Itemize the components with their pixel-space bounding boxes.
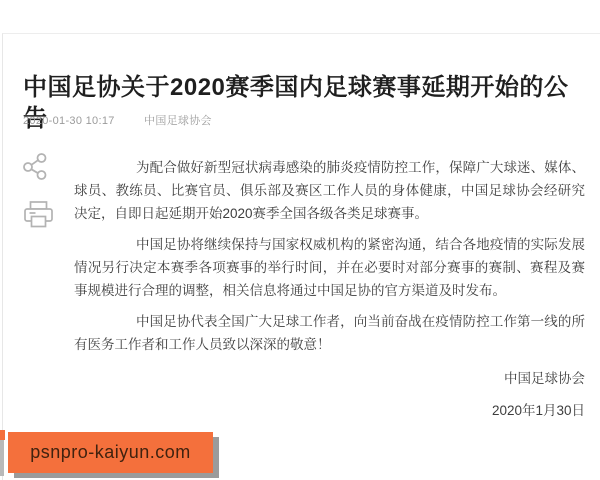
share-icon [22, 152, 48, 181]
article-paragraph: 为配合做好新型冠状病毒感染的肺炎疫情防控工作，保障广大球迷、媒体、球员、教练员、… [74, 156, 585, 225]
watermark-banner: psnpro-kaiyun.com [8, 432, 213, 473]
article-meta: 2020-01-30 10:17 中国足球协会 [23, 112, 583, 128]
print-button[interactable] [22, 199, 55, 233]
article-paragraph: 中国足协将继续保持与国家权威机构的紧密沟通，结合各地疫情的实际发展情况另行决定本… [74, 233, 585, 302]
watermark-edge-shadow [0, 440, 4, 476]
signature-org: 中国足球协会 [74, 367, 585, 390]
share-button[interactable] [22, 152, 48, 181]
article-source: 中国足球协会 [144, 115, 212, 127]
article-paragraph: 中国足协代表全国广大足球工作者，向当前奋战在疫情防控工作第一线的所有医务工作者和… [74, 310, 585, 356]
article-toolbar [22, 152, 58, 233]
watermark-text: psnpro-kaiyun.com [30, 442, 191, 463]
printer-icon [22, 199, 55, 233]
publish-timestamp: 2020-01-30 10:17 [23, 115, 115, 127]
signature-date: 2020年1月30日 [74, 399, 585, 422]
article-body: 为配合做好新型冠状病毒感染的肺炎疫情防控工作，保障广大球迷、媒体、球员、教练员、… [74, 156, 585, 422]
watermark-edge-fragment [0, 430, 5, 440]
